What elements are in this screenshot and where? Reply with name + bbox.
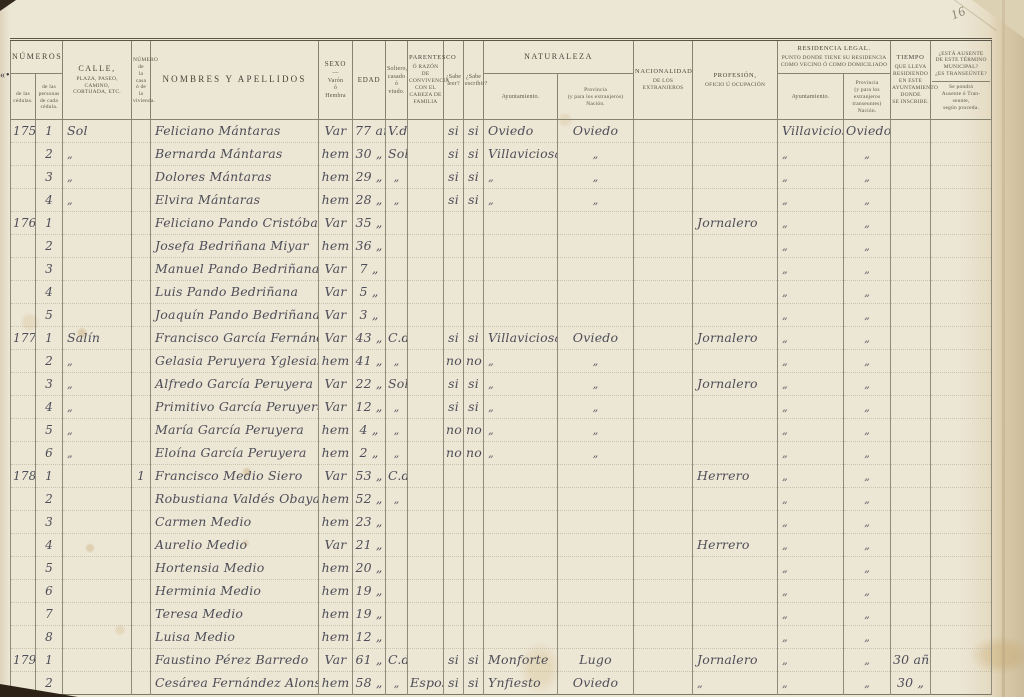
cell-aus xyxy=(931,557,992,580)
cell-tiempo xyxy=(891,465,931,488)
cell-natP: „ xyxy=(558,350,634,373)
cell-parentesco xyxy=(408,143,444,166)
cell-aus xyxy=(931,580,992,603)
cell-nombre: Francisco Medio Siero xyxy=(151,465,319,488)
cell-parentesco xyxy=(408,281,444,304)
handwritten-entry: Dolores Mántaras xyxy=(155,169,272,184)
handwritten-entry: „ xyxy=(782,631,788,644)
cell-edad: 12 „ xyxy=(353,626,386,649)
dark-corner-top-left xyxy=(0,0,16,11)
cell-casa xyxy=(132,373,151,396)
header-num-cedulas: de las cédulas. xyxy=(11,74,36,120)
handwritten-entry: „ xyxy=(864,677,870,690)
handwritten-entry: 53 „ xyxy=(355,468,382,483)
cell-nac xyxy=(634,603,693,626)
header-edad-title: EDAD xyxy=(354,76,384,85)
cell-parentesco xyxy=(408,327,444,350)
cell-prof: „ xyxy=(693,672,778,695)
handwritten-entry: „ xyxy=(488,378,494,391)
header-calle-sub: PLAZA, PASEO, CAMINO, CORTIJADA, ETC. xyxy=(64,76,130,97)
table-row: 1791Faustino Pérez BarredoVar61 „C.dosis… xyxy=(11,649,992,672)
handwritten-entry: „ xyxy=(782,677,788,690)
handwritten-entry: „ xyxy=(864,654,870,667)
cell-natP xyxy=(558,258,634,281)
handwritten-entry: si xyxy=(468,146,479,161)
handwritten-entry: si xyxy=(468,192,479,207)
cell-sexo: hem xyxy=(319,557,353,580)
handwritten-entry: Robustiana Valdés Obaya xyxy=(155,491,319,506)
handwritten-entry: „ xyxy=(864,355,870,368)
cell-tiempo xyxy=(891,580,931,603)
cell-sexo: Var xyxy=(319,212,353,235)
cell-prof xyxy=(693,258,778,281)
cell-aus xyxy=(931,258,992,281)
handwritten-entry: si xyxy=(448,192,459,207)
handwritten-entry: Salín xyxy=(67,330,100,345)
cell-prof xyxy=(693,511,778,534)
header-nat-provincia-label: Provincia (y para los extranjeros) Nació… xyxy=(559,87,632,108)
cell-ced: 178 xyxy=(11,465,36,488)
cell-resP: „ xyxy=(844,511,891,534)
cell-per: 1 xyxy=(36,212,63,235)
cell-resA: „ xyxy=(778,304,844,327)
handwritten-entry: „ xyxy=(782,217,788,230)
cell-nac xyxy=(634,649,693,672)
cell-sexo: Var xyxy=(319,120,353,143)
cell-calle: „ xyxy=(63,419,132,442)
cell-edad: 21 „ xyxy=(353,534,386,557)
handwritten-entry: hem xyxy=(322,675,350,690)
header-nacionalidad-sub: DE LOS EXTRANJEROS xyxy=(635,78,691,92)
cell-edad: 20 „ xyxy=(353,557,386,580)
cell-tiempo xyxy=(891,626,931,649)
handwritten-entry: 21 „ xyxy=(355,537,382,552)
header-num-cedulas-label: de las cédulas. xyxy=(12,91,34,105)
cell-nac xyxy=(634,534,693,557)
cell-natA xyxy=(484,465,558,488)
cell-natP: „ xyxy=(558,166,634,189)
cell-nac xyxy=(634,580,693,603)
table-row: 2Josefa Bedriñana Miyarhem36 „„„ xyxy=(11,235,992,258)
handwritten-entry: no xyxy=(446,422,462,437)
cell-natP: „ xyxy=(558,189,634,212)
handwritten-entry: Solt. xyxy=(388,146,408,161)
handwritten-entry: 43 „ xyxy=(355,330,382,345)
cell-aus xyxy=(931,166,992,189)
handwritten-entry: „ xyxy=(488,401,494,414)
cell-ced: 175 xyxy=(11,120,36,143)
cell-nombre: Herminia Medio xyxy=(151,580,319,603)
handwritten-entry: 4 xyxy=(45,538,53,552)
cell-ced xyxy=(11,143,36,166)
handwritten-entry: Monforte xyxy=(488,652,549,667)
cell-estado: C.do xyxy=(386,649,408,672)
cell-resP: „ xyxy=(844,626,891,649)
handwritten-entry: Esposa xyxy=(410,675,444,690)
cell-tiempo xyxy=(891,373,931,396)
cell-natP xyxy=(558,281,634,304)
handwritten-entry: 61 „ xyxy=(355,652,382,667)
header-nacionalidad: NACIONALIDADDE LOS EXTRANJEROS xyxy=(634,40,693,120)
cell-aus xyxy=(931,373,992,396)
cell-resA: „ xyxy=(778,212,844,235)
cell-ced xyxy=(11,304,36,327)
cell-nac xyxy=(634,396,693,419)
cell-ced xyxy=(11,419,36,442)
cell-parentesco xyxy=(408,258,444,281)
cell-resA: „ xyxy=(778,396,844,419)
cell-edad: 2 „ xyxy=(353,442,386,465)
cell-estado: Solt. xyxy=(386,373,408,396)
handwritten-entry: hem xyxy=(322,560,350,575)
cell-leer xyxy=(444,212,464,235)
cell-nombre: Cesárea Fernández Alonso xyxy=(151,672,319,695)
cell-parentesco xyxy=(408,189,444,212)
cell-tiempo xyxy=(891,419,931,442)
handwritten-entry: 30 años xyxy=(893,652,931,667)
header-numeros-title: NÚMEROS xyxy=(12,52,61,62)
cell-sexo: Var xyxy=(319,304,353,327)
handwritten-entry: V.do xyxy=(388,123,408,138)
handwritten-entry: „ xyxy=(782,493,788,506)
cell-natA: Ynfiesto xyxy=(484,672,558,695)
handwritten-entry: Jornalero xyxy=(697,330,758,345)
cell-escribir xyxy=(464,212,484,235)
handwritten-entry: 3 xyxy=(45,377,53,391)
handwritten-entry: „ xyxy=(394,355,400,368)
cell-escribir: si xyxy=(464,166,484,189)
handwritten-entry: hem xyxy=(322,445,350,460)
cell-nombre: Teresa Medio xyxy=(151,603,319,626)
handwritten-entry: Gelasia Peruyera Yglesias xyxy=(155,353,319,368)
cell-leer: si xyxy=(444,120,464,143)
cell-casa xyxy=(132,442,151,465)
handwritten-entry: 2 xyxy=(45,492,53,506)
handwritten-entry: „ xyxy=(593,355,599,368)
handwritten-entry: si xyxy=(468,123,479,138)
cell-prof xyxy=(693,419,778,442)
cell-natA: „ xyxy=(484,396,558,419)
cell-resP: „ xyxy=(844,672,891,695)
cell-estado: „ xyxy=(386,189,408,212)
handwritten-entry: Eloína García Peruyera xyxy=(155,445,307,460)
header-nombres: NOMBRES Y APELLIDOS xyxy=(151,40,319,120)
handwritten-entry: „ xyxy=(782,194,788,207)
handwritten-entry: hem xyxy=(322,422,350,437)
cell-prof xyxy=(693,304,778,327)
handwritten-entry: „ xyxy=(593,424,599,437)
cell-natA xyxy=(484,534,558,557)
cell-sexo: hem xyxy=(319,626,353,649)
header-naturaleza: NATURALEZA xyxy=(484,40,634,74)
header-residencia: RESIDENCIA LEGAL.PUNTO DONDE TIENE SU RE… xyxy=(778,40,891,74)
cell-prof xyxy=(693,143,778,166)
cell-nombre: Luisa Medio xyxy=(151,626,319,649)
cell-edad: 52 „ xyxy=(353,488,386,511)
header-nacionalidad-title: NACIONALIDAD xyxy=(635,68,691,76)
cell-tiempo xyxy=(891,327,931,350)
cell-calle xyxy=(63,534,132,557)
handwritten-entry: hem xyxy=(322,238,350,253)
cell-resP: „ xyxy=(844,281,891,304)
cell-estado: V.do xyxy=(386,120,408,143)
handwritten-entry: hem xyxy=(322,583,350,598)
handwritten-entry: 175 xyxy=(13,124,36,138)
handwritten-entry: C.do xyxy=(388,468,408,483)
cell-sexo: hem xyxy=(319,350,353,373)
cell-nac xyxy=(634,465,693,488)
cell-tiempo xyxy=(891,603,931,626)
header-res-provincia-label: Provincia (y para los extranjeros transe… xyxy=(845,80,889,114)
handwritten-entry: Herminia Medio xyxy=(155,583,261,598)
handwritten-entry: 2 „ xyxy=(360,445,379,460)
cell-leer xyxy=(444,626,464,649)
header-calle: CALLE,PLAZA, PASEO, CAMINO, CORTIJADA, E… xyxy=(63,40,132,120)
census-table: NÚMEROS CALLE,PLAZA, PASEO, CAMINO, CORT… xyxy=(10,38,992,695)
cell-tiempo xyxy=(891,212,931,235)
handwritten-entry: 4 xyxy=(45,285,53,299)
cell-casa xyxy=(132,350,151,373)
cell-calle xyxy=(63,212,132,235)
header-res-ayuntamiento-label: Ayuntamiento. xyxy=(779,94,842,102)
cell-resP: „ xyxy=(844,396,891,419)
handwritten-entry: si xyxy=(448,169,459,184)
handwritten-entry: si xyxy=(468,675,479,690)
cell-calle: „ xyxy=(63,189,132,212)
cell-ced xyxy=(11,258,36,281)
cell-edad: 23 „ xyxy=(353,511,386,534)
handwritten-entry: „ xyxy=(394,171,400,184)
cell-natA xyxy=(484,304,558,327)
cell-ced: 176 xyxy=(11,212,36,235)
cell-resA: „ xyxy=(778,258,844,281)
cell-estado xyxy=(386,580,408,603)
cell-nombre: Josefa Bedriñana Miyar xyxy=(151,235,319,258)
handwritten-entry: „ xyxy=(67,424,73,437)
header-nat-provincia: Provincia (y para los extranjeros) Nació… xyxy=(558,74,634,120)
cell-natP xyxy=(558,511,634,534)
header-ausente-sub: Se pondrá Ausente ó Tran- seunte, según … xyxy=(932,81,990,112)
handwritten-entry: „ xyxy=(67,148,73,161)
handwritten-entry: „ xyxy=(864,493,870,506)
handwritten-entry: hem xyxy=(322,491,350,506)
cell-edad: 61 „ xyxy=(353,649,386,672)
handwritten-entry: „ xyxy=(864,539,870,552)
cell-calle: „ xyxy=(63,442,132,465)
cell-resP: „ xyxy=(844,373,891,396)
handwritten-entry: „ xyxy=(864,148,870,161)
cell-resP: „ xyxy=(844,258,891,281)
handwritten-entry: 2 xyxy=(45,239,53,253)
cell-per: 4 xyxy=(36,534,63,557)
table-row: 5„María García Peruyerahem4 „„nono„„„„ xyxy=(11,419,992,442)
handwritten-entry: si xyxy=(448,376,459,391)
cell-per: 4 xyxy=(36,281,63,304)
handwritten-entry: Oviedo xyxy=(573,123,618,138)
header-residencia-sub: PUNTO DONDE TIENE SU RESIDENCIA COMO VEC… xyxy=(779,55,889,69)
cell-nombre: Primitivo García Peruyera xyxy=(151,396,319,419)
cell-resA: „ xyxy=(778,189,844,212)
cell-natP: „ xyxy=(558,143,634,166)
handwritten-entry: Herrero xyxy=(697,468,750,483)
cell-calle xyxy=(63,488,132,511)
cell-nombre: Joaquín Pando Bedriñana xyxy=(151,304,319,327)
handwritten-entry: „ xyxy=(782,286,788,299)
handwritten-entry: „ xyxy=(864,217,870,230)
cell-casa xyxy=(132,212,151,235)
cell-ced xyxy=(11,626,36,649)
handwritten-entry: „ xyxy=(864,240,870,253)
cell-calle xyxy=(63,603,132,626)
cell-resP: „ xyxy=(844,649,891,672)
cell-calle: „ xyxy=(63,143,132,166)
handwritten-entry: 28 „ xyxy=(355,192,382,207)
cell-nombre: Feliciano Mántaras xyxy=(151,120,319,143)
cell-per: 5 xyxy=(36,557,63,580)
cell-per: 4 xyxy=(36,189,63,212)
handwritten-entry: „ xyxy=(394,447,400,460)
cell-estado xyxy=(386,235,408,258)
cell-calle: Sol xyxy=(63,120,132,143)
handwritten-entry: „ xyxy=(864,194,870,207)
handwritten-entry: „ xyxy=(864,447,870,460)
cell-casa xyxy=(132,143,151,166)
handwritten-entry: Var xyxy=(325,468,347,483)
handwritten-entry: „ xyxy=(488,171,494,184)
cell-ced xyxy=(11,235,36,258)
handwritten-entry: hem xyxy=(322,606,350,621)
cell-natP: „ xyxy=(558,373,634,396)
cell-parentesco xyxy=(408,511,444,534)
cell-per: 5 xyxy=(36,419,63,442)
header-num-personas-label: de las personas de cada cédula. xyxy=(37,84,61,112)
cell-escribir: si xyxy=(464,373,484,396)
cell-edad: 41 „ xyxy=(353,350,386,373)
cell-sexo: Var xyxy=(319,465,353,488)
handwritten-entry: Manuel Pando Bedriñana xyxy=(155,261,319,276)
cell-parentesco xyxy=(408,166,444,189)
cell-resA: „ xyxy=(778,580,844,603)
cell-casa xyxy=(132,534,151,557)
handwritten-entry: hem xyxy=(322,514,350,529)
table-row: 2„Gelasia Peruyera Yglesiashem41 „„nono„… xyxy=(11,350,992,373)
handwritten-entry: 4 „ xyxy=(360,422,379,437)
cell-calle: „ xyxy=(63,396,132,419)
cell-natA: „ xyxy=(484,350,558,373)
cell-per: 2 xyxy=(36,143,63,166)
cell-estado: „ xyxy=(386,350,408,373)
cell-estado: „ xyxy=(386,672,408,695)
cell-resA: „ xyxy=(778,373,844,396)
dark-corner-bottom-left xyxy=(0,684,78,697)
cell-natP: Oviedo xyxy=(558,120,634,143)
handwritten-entry: si xyxy=(448,675,459,690)
cell-per: 3 xyxy=(36,166,63,189)
cell-natP: Oviedo xyxy=(558,327,634,350)
handwritten-entry: Luisa Medio xyxy=(155,629,235,644)
cell-sexo: hem xyxy=(319,166,353,189)
cell-aus xyxy=(931,396,992,419)
cell-calle xyxy=(63,258,132,281)
table-row: 17811Francisco Medio SieroVar53 „C.doHer… xyxy=(11,465,992,488)
cell-aus xyxy=(931,419,992,442)
cell-nombre: Alfredo García Peruyera xyxy=(151,373,319,396)
handwritten-entry: 5 xyxy=(45,308,53,322)
cell-natA: Oviedo xyxy=(484,120,558,143)
cell-parentesco xyxy=(408,488,444,511)
handwritten-entry: 20 „ xyxy=(355,560,382,575)
handwritten-entry: 3 xyxy=(45,170,53,184)
cell-parentesco xyxy=(408,442,444,465)
cell-sexo: Var xyxy=(319,258,353,281)
cell-escribir: si xyxy=(464,396,484,419)
cell-natP xyxy=(558,465,634,488)
cell-casa xyxy=(132,511,151,534)
cell-ced xyxy=(11,488,36,511)
cell-aus xyxy=(931,649,992,672)
handwritten-entry: si xyxy=(448,330,459,345)
cell-ced: 177 xyxy=(11,327,36,350)
handwritten-entry: „ xyxy=(67,378,73,391)
handwritten-entry: Jornalero xyxy=(697,652,758,667)
handwritten-entry: 1 xyxy=(45,331,53,345)
cell-escribir xyxy=(464,511,484,534)
cell-leer: si xyxy=(444,672,464,695)
cell-estado xyxy=(386,534,408,557)
cell-tiempo xyxy=(891,143,931,166)
handwritten-entry: 6 xyxy=(45,446,53,460)
cell-casa xyxy=(132,488,151,511)
handwritten-entry: Francisco Medio Siero xyxy=(155,468,302,483)
handwritten-entry: 52 „ xyxy=(355,491,382,506)
cell-nac xyxy=(634,350,693,373)
handwritten-entry: 30 „ xyxy=(897,675,924,690)
header-parentesco-title: PARENTESCO xyxy=(409,54,442,62)
handwritten-entry: „ xyxy=(782,424,788,437)
handwritten-entry: 5 „ xyxy=(360,284,379,299)
header-profesion-sub: OFICIO Ú OCUPACIÓN xyxy=(694,82,776,89)
handwritten-entry: 7 xyxy=(45,607,53,621)
cell-ced xyxy=(11,580,36,603)
cell-per: 2 xyxy=(36,235,63,258)
handwritten-entry: si xyxy=(468,169,479,184)
table-row: 3Carmen Mediohem23 „„„ xyxy=(11,511,992,534)
cell-natA xyxy=(484,626,558,649)
cell-prof: Herrero xyxy=(693,534,778,557)
cell-prof: Jornalero xyxy=(693,373,778,396)
handwritten-entry: Jornalero xyxy=(697,376,758,391)
cell-ced xyxy=(11,534,36,557)
header-numero-casa: NÚMERO de la casa ó de la vivienda. xyxy=(132,40,151,120)
cell-resA: „ xyxy=(778,350,844,373)
handwritten-entry: 29 „ xyxy=(355,169,382,184)
header-nat-ayuntamiento-label: Ayuntamiento. xyxy=(485,94,556,102)
handwritten-entry: „ xyxy=(782,516,788,529)
table-row: 6Herminia Mediohem19 „„„ xyxy=(11,580,992,603)
handwritten-entry: 1 xyxy=(45,124,53,138)
handwritten-entry: „ xyxy=(782,585,788,598)
cell-natP: Oviedo xyxy=(558,672,634,695)
handwritten-entry: no xyxy=(466,353,482,368)
cell-resP: „ xyxy=(844,212,891,235)
cell-nac xyxy=(634,281,693,304)
cell-estado: „ xyxy=(386,419,408,442)
handwritten-entry: „ xyxy=(67,171,73,184)
cell-aus xyxy=(931,304,992,327)
cell-nombre: Bernarda Mántaras xyxy=(151,143,319,166)
cell-estado: „ xyxy=(386,166,408,189)
cell-leer: no xyxy=(444,442,464,465)
